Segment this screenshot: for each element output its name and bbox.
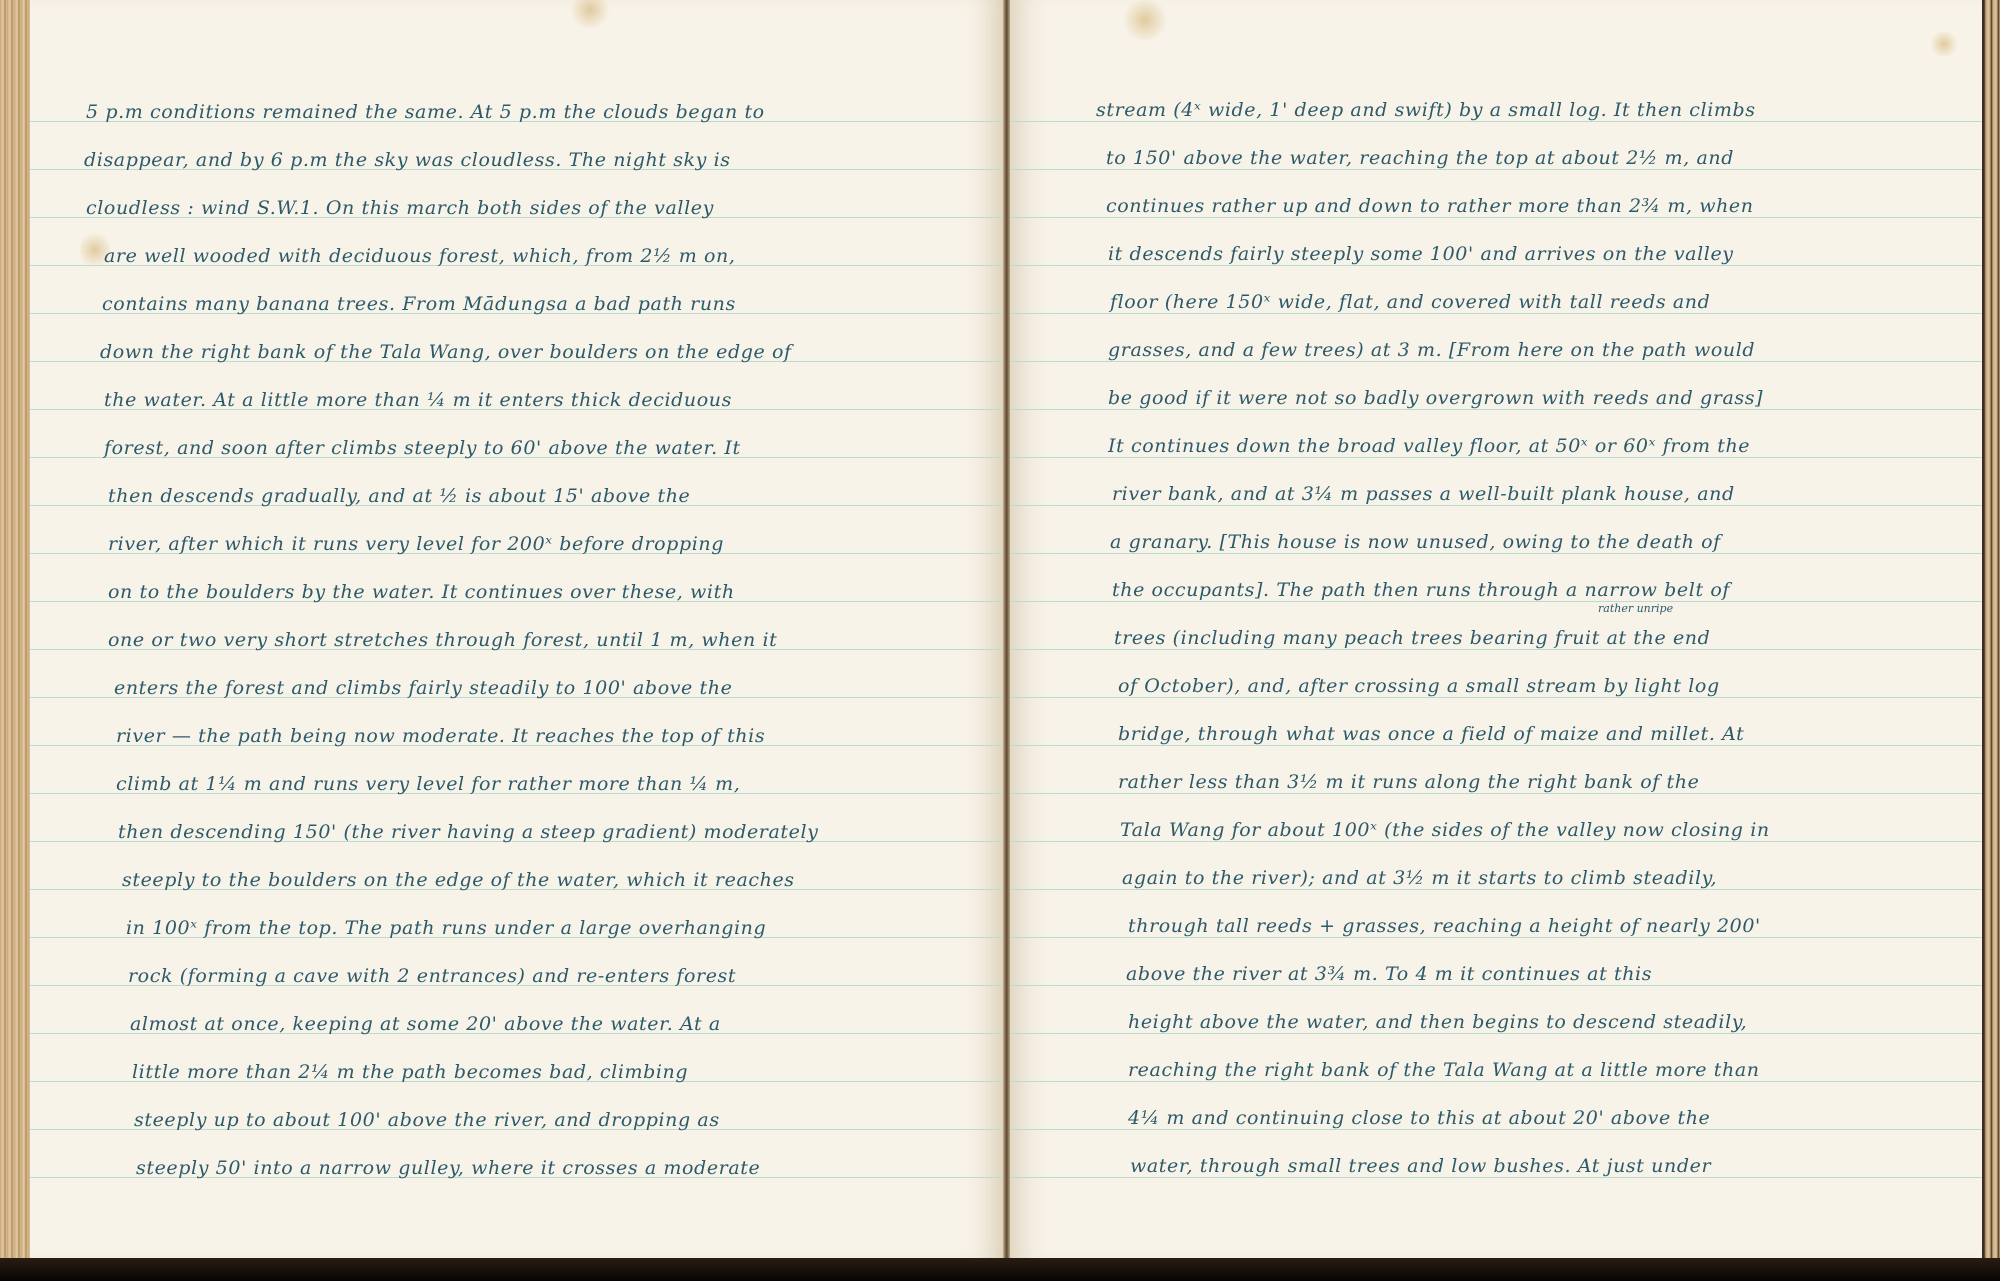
left-page-edges <box>0 0 30 1262</box>
text-line: river bank, and at 3¼ m passes a well-bu… <box>1112 482 1735 506</box>
left-page: 5 p.m conditions remained the same. At 5… <box>30 0 1005 1258</box>
interlinear-insert: rather unripe <box>1598 602 1673 615</box>
text-line: a granary. [This house is now unused, ow… <box>1110 530 1721 554</box>
text-line: down the right bank of the Tala Wang, ov… <box>100 340 792 364</box>
text-line: reaching the right bank of the Tala Wang… <box>1128 1058 1760 1082</box>
text-line: continues rather up and down to rather m… <box>1106 194 1754 218</box>
text-line: on to the boulders by the water. It cont… <box>108 580 735 604</box>
text-line: are well wooded with deciduous forest, w… <box>104 244 736 268</box>
text-line: 4¼ m and continuing close to this at abo… <box>1128 1106 1710 1130</box>
text-line: water, through small trees and low bushe… <box>1130 1154 1711 1178</box>
text-line: steeply up to about 100' above the river… <box>134 1108 720 1132</box>
text-line: bridge, through what was once a field of… <box>1118 722 1744 746</box>
text-line: Tala Wang for about 100ˣ (the sides of t… <box>1120 818 1770 842</box>
book-bottom-edge <box>0 1258 2000 1281</box>
text-line: the occupants]. The path then runs throu… <box>1112 578 1730 602</box>
text-line: climb at 1¼ m and runs very level for ra… <box>116 772 740 796</box>
text-line: rather less than 3½ m it runs along the … <box>1118 770 1699 794</box>
text-line: the water. At a little more than ¼ m it … <box>104 388 732 412</box>
text-line: steeply 50' into a narrow gulley, where … <box>136 1156 760 1180</box>
text-line: river — the path being now moderate. It … <box>116 724 765 748</box>
text-line: almost at once, keeping at some 20' abov… <box>130 1012 721 1036</box>
text-line: then descending 150' (the river having a… <box>118 820 819 844</box>
text-line: to 150' above the water, reaching the to… <box>1106 146 1734 170</box>
text-line: forest, and soon after climbs steeply to… <box>104 436 741 460</box>
text-line: cloudless : wind S.W.1. On this march bo… <box>86 196 714 220</box>
text-line: contains many banana trees. From Mādungs… <box>102 292 736 316</box>
text-line: floor (here 150ˣ wide, flat, and covered… <box>1110 290 1710 314</box>
text-line: be good if it were not so badly overgrow… <box>1108 386 1763 410</box>
right-page-edges <box>1984 0 2000 1262</box>
text-line: then descends gradually, and at ½ is abo… <box>108 484 690 508</box>
text-line: stream (4ˣ wide, 1' deep and swift) by a… <box>1096 98 1756 122</box>
notebook-spread: 5 p.m conditions remained the same. At 5… <box>0 0 2000 1262</box>
text-line: rock (forming a cave with 2 entrances) a… <box>128 964 736 988</box>
text-line: disappear, and by 6 p.m the sky was clou… <box>84 148 731 172</box>
text-line: trees (including many peach trees bearin… <box>1114 626 1710 650</box>
paper-stain <box>570 0 610 30</box>
text-line: in 100ˣ from the top. The path runs unde… <box>126 916 766 940</box>
text-line: of October), and, after crossing a small… <box>1118 674 1720 698</box>
text-line: again to the river); and at 3½ m it star… <box>1122 866 1717 890</box>
text-line: It continues down the broad valley floor… <box>1108 434 1750 458</box>
right-page: stream (4ˣ wide, 1' deep and swift) by a… <box>1010 0 1984 1258</box>
paper-stain <box>1120 0 1170 40</box>
paper-stain <box>1930 30 1958 58</box>
text-line: enters the forest and climbs fairly stea… <box>114 676 732 700</box>
text-line: little more than 2¼ m the path becomes b… <box>132 1060 688 1084</box>
text-line: above the river at 3¾ m. To 4 m it conti… <box>1126 962 1652 986</box>
text-line: it descends fairly steeply some 100' and… <box>1108 242 1734 266</box>
text-line: river, after which it runs very level fo… <box>108 532 724 556</box>
text-line: steeply to the boulders on the edge of t… <box>122 868 795 892</box>
text-line: through tall reeds + grasses, reaching a… <box>1128 914 1761 938</box>
text-line: grasses, and a few trees) at 3 m. [From … <box>1108 338 1755 362</box>
text-line: 5 p.m conditions remained the same. At 5… <box>86 100 765 124</box>
text-line: one or two very short stretches through … <box>108 628 777 652</box>
text-line: height above the water, and then begins … <box>1128 1010 1747 1034</box>
